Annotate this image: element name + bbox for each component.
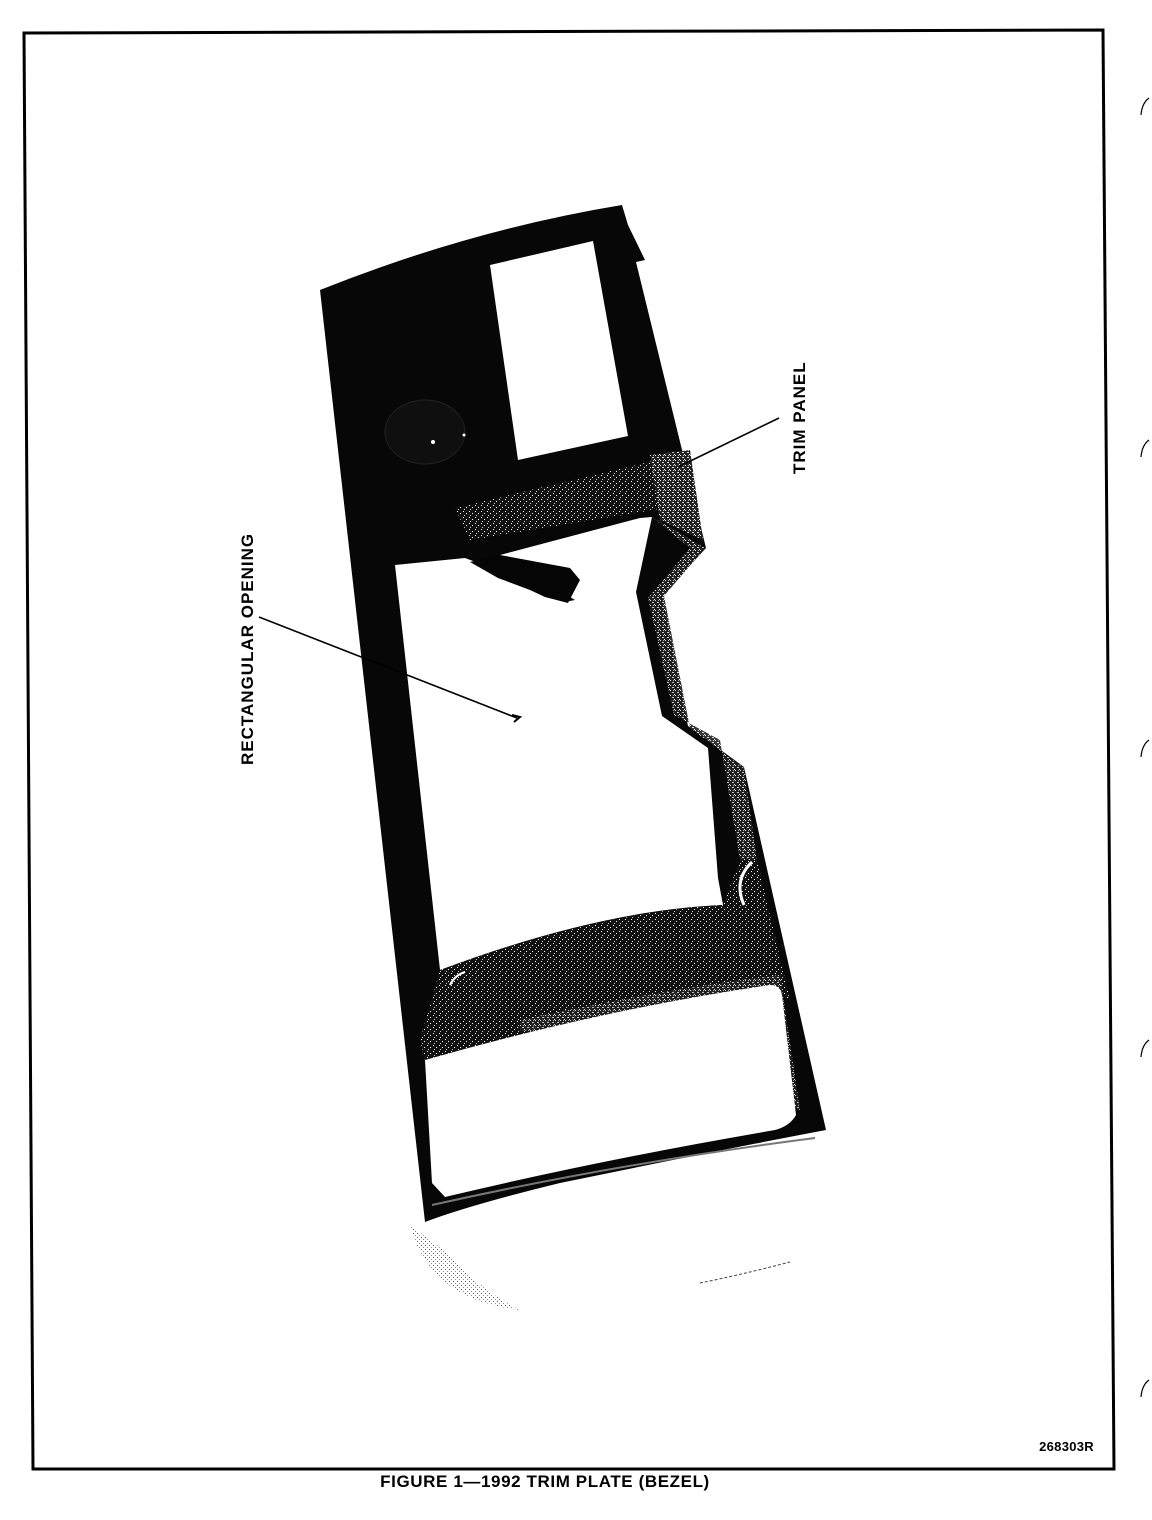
binder-hole-marks	[1141, 98, 1149, 1397]
callout-label-rectangular-opening: RECTANGULAR OPENING	[238, 533, 258, 765]
figure-artwork	[0, 0, 1152, 1520]
figure-caption: FIGURE 1—1992 TRIM PLATE (BEZEL)	[0, 1472, 1090, 1492]
figure-reference-number: 268303R	[1039, 1439, 1094, 1454]
bezel-photo	[320, 205, 826, 1310]
callout-label-trim-panel: TRIM PANEL	[790, 361, 810, 474]
document-page: TRIM PANEL RECTANGULAR OPENING 268303R F…	[0, 0, 1152, 1520]
